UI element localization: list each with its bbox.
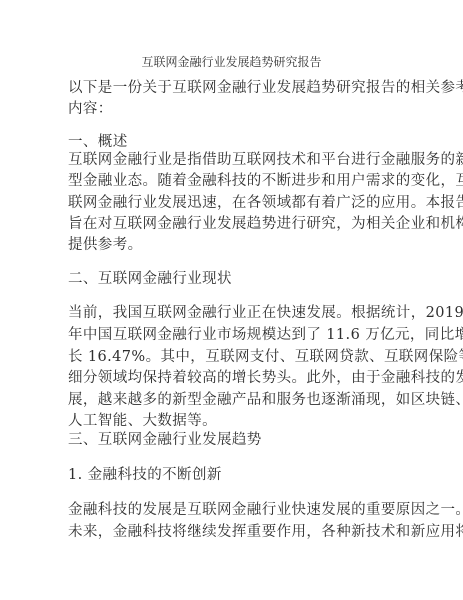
document-page: 互联网金融行业发展趋势研究报告 以下是一份关于互联网金融行业发展趋势研究报告的相… [0,0,463,600]
section-heading-overview: 一、概述 [68,132,128,152]
paragraph-line: 未来，金融科技将继续发挥重要作用，各种新技术和新应用将 [68,522,463,542]
paragraph-line: 提供参考。 [68,235,143,255]
subsection-heading-fintech: 1. 金融科技的不断创新 [68,465,222,485]
document-title: 互联网金融行业发展趋势研究报告 [0,53,463,71]
paragraph-line: 长 16.47%。其中，互联网支付、互联网贷款、互联网保险等 [68,347,463,367]
paragraph-line: 年中国互联网金融行业市场规模达到了 11.6 万亿元，同比增 [68,325,463,345]
section-heading-trends: 三、互联网金融行业发展趋势 [68,430,262,450]
paragraph-line: 细分领域均保持着较高的增长势头。此外，由于金融科技的发 [68,368,463,388]
paragraph-line: 联网金融行业发展迅速，在各领域都有着广泛的应用。本报告 [68,193,463,213]
paragraph-line: 旨在对互联网金融行业发展趋势进行研究，为相关企业和机构 [68,214,463,234]
intro-line: 以下是一份关于互联网金融行业发展趋势研究报告的相关参考 [68,78,463,98]
paragraph-line: 型金融业态。随着金融科技的不断进步和用户需求的变化，互 [68,171,463,191]
paragraph-line: 人工智能、大数据等。 [68,411,217,431]
paragraph-line: 展，越来越多的新型金融产品和服务也逐渐涌现，如区块链、 [68,390,463,410]
paragraph-line: 互联网金融行业是指借助互联网技术和平台进行金融服务的新 [68,150,463,170]
intro-line: 内容： [68,99,113,119]
section-heading-status: 二、互联网金融行业现状 [68,269,232,289]
paragraph-line: 金融科技的发展是互联网金融行业快速发展的重要原因之一。 [68,500,463,520]
paragraph-line: 当前，我国互联网金融行业正在快速发展。根据统计，2019 [68,303,463,323]
